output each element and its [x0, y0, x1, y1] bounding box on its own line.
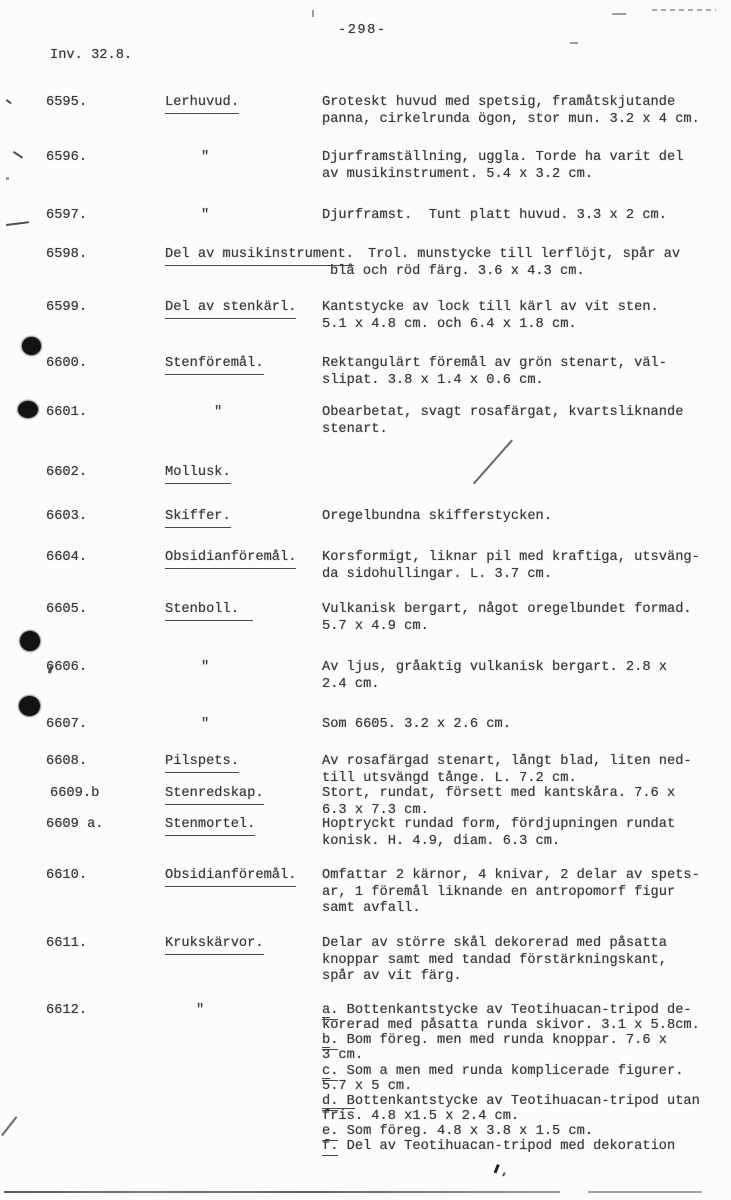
- entry-number: 6602.: [46, 465, 87, 482]
- entry-number: 6597.: [46, 208, 87, 225]
- check-mark: [6, 221, 29, 226]
- entry-name: Stenredskap.: [165, 786, 264, 805]
- continuation-overline: fris: [322, 1108, 355, 1124]
- entry-number: 6603.: [46, 509, 87, 526]
- entry-number: 6600.: [46, 356, 87, 373]
- ink-tick: [494, 1164, 500, 1173]
- continuation-overline: k: [322, 1017, 330, 1033]
- continuation-overline: 5: [322, 1078, 330, 1094]
- entry-description: Hoptryckt rundad form, fördjupningen run…: [322, 817, 724, 850]
- bottom-scan-line: [588, 1191, 702, 1193]
- check-mark: [6, 99, 12, 104]
- entry-name: Obsidianföremål.: [165, 868, 296, 887]
- ditto-mark: ": [214, 405, 222, 422]
- entry-number: 6610.: [46, 868, 87, 885]
- sub-item-letter: f.: [322, 1139, 338, 1156]
- entry-name: Mollusk.: [165, 465, 231, 484]
- entry-description: Djurframställning, uggla. Torde ha varit…: [322, 150, 724, 183]
- entry-name: Lerhuvud.: [165, 95, 239, 114]
- entry-number: 6605.: [46, 602, 87, 619]
- ink-tick: [502, 1172, 506, 1176]
- entry-name: Stenföremål.: [165, 356, 264, 375]
- inventory-label: Inv. 32.8.: [50, 48, 132, 65]
- entry-number: 6607.: [46, 717, 87, 734]
- entry-description: Korsformigt, liknar pil med kraftiga, ut…: [322, 550, 724, 583]
- entry-description: a. Bottenkantstycke av Teotihuacan-tripo…: [322, 1003, 724, 1155]
- check-mark: [13, 151, 23, 159]
- scan-smudge: [652, 9, 716, 11]
- document-page: -298- Inv. 32.8. 6595. Lerhuvud. Grotesk…: [0, 0, 731, 1200]
- entry-description: Obearbetat, svagt rosafärgat, kvartslikn…: [322, 405, 724, 438]
- bottom-scan-line: [4, 1191, 560, 1193]
- pen-slash: [1, 1116, 17, 1136]
- entry-description: Oregelbundna skifferstycken.: [322, 509, 724, 526]
- entry-name: Del av stenkärl.: [165, 300, 296, 319]
- entry-description: Vulkanisk bergart, något oregelbundet fo…: [322, 602, 724, 635]
- entry-description: Av ljus, gråaktig vulkanisk bergart. 2.8…: [322, 660, 724, 693]
- entry-number: 6612.: [46, 1003, 87, 1020]
- entry-description: Groteskt huvud med spetsig, framåtskjuta…: [322, 95, 724, 128]
- entry-description: Rektangulärt föremål av grön stenart, vä…: [322, 356, 724, 389]
- entry-description: Delar av större skål dekorerad med påsat…: [322, 936, 724, 986]
- entry-number: 6609 a.: [46, 817, 104, 834]
- entry-number: 6599.: [46, 300, 87, 317]
- entry-name: Stenmortel.: [165, 817, 255, 836]
- ditto-mark: ": [201, 660, 209, 677]
- entry-description: Djurframst. Tunt platt huvud. 3.3 x 2 cm…: [322, 208, 724, 225]
- entry-number: 6604.: [46, 550, 87, 567]
- ditto-mark: ": [201, 717, 209, 734]
- entry-description: Trol. munstycke till lerflöjt, spår av: [368, 247, 680, 264]
- continuation-overline: 3: [322, 1047, 330, 1063]
- entry-number: 6609.b: [50, 786, 99, 803]
- entry-number: 6595.: [46, 95, 87, 112]
- ink-dot: [20, 631, 40, 651]
- scan-smudge: [612, 13, 626, 15]
- scan-smudge: [570, 42, 578, 44]
- entry-description: Kantstycke av lock till kärl av vit sten…: [322, 300, 724, 333]
- ink-dot: [19, 696, 40, 716]
- entry-number: 6601.: [46, 405, 87, 422]
- scan-speck: [312, 10, 314, 17]
- entry-description-continued: blå och röd färg. 3.6 x 4.3 cm.: [330, 264, 585, 281]
- entry-description: Omfattar 2 kärnor, 4 knivar, 2 delar av …: [322, 868, 724, 918]
- entry-description: Som 6605. 3.2 x 2.6 cm.: [322, 717, 724, 734]
- entry-name: Skiffer.: [165, 509, 231, 528]
- ditto-mark: ": [201, 150, 209, 167]
- page-number: -298-: [338, 23, 387, 40]
- entry-name: Krukskärvor.: [165, 936, 264, 955]
- entry-number: 6596.: [46, 150, 87, 167]
- ink-dot: [18, 401, 38, 418]
- ink-dot: [22, 337, 41, 355]
- entry-name: Pilspets.: [165, 754, 239, 773]
- entry-name: Stenboll.: [165, 602, 253, 621]
- entry-number: 6611.: [46, 936, 87, 953]
- ditto-mark: ": [196, 1003, 204, 1020]
- pencil-dot: [6, 177, 9, 180]
- pen-slash: [473, 439, 513, 484]
- entry-name: Del av musikinstrument.: [165, 247, 354, 266]
- entry-description: Stort, rundat, försett med kantskåra. 7.…: [322, 786, 724, 819]
- entry-number: 6598.: [46, 247, 87, 264]
- entry-description: Av rosafärgad stenart, långt blad, liten…: [322, 754, 724, 787]
- ditto-mark: ": [201, 208, 209, 225]
- entry-number: 6608.: [46, 754, 87, 771]
- entry-name: Obsidianföremål.: [165, 550, 296, 569]
